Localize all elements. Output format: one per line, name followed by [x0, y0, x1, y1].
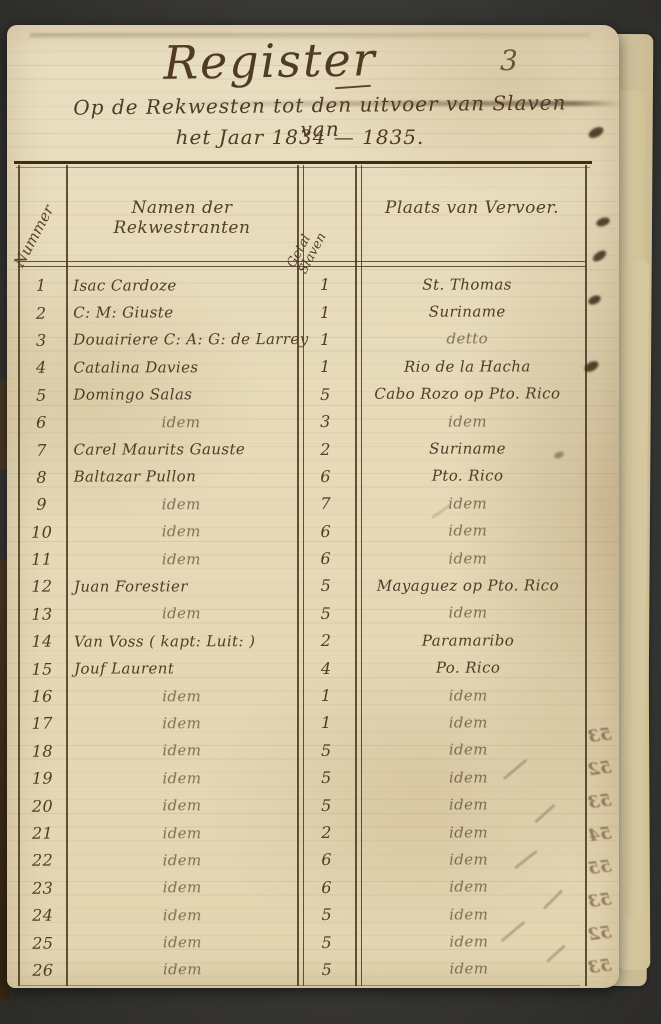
cell-nummer: 24 [19, 906, 67, 925]
table-row: 15Jouf Laurent4Po. Rico [18, 654, 585, 683]
bleedthrough-number: 53 [587, 956, 613, 979]
cell-naam: idem [67, 933, 298, 952]
table-row: 25idem5idem [19, 928, 586, 957]
cell-plaats: idem [356, 850, 582, 869]
table-body: 1Isac Cardoze1St. Thomas2C: M: Giuste1Su… [17, 270, 586, 984]
cell-plaats: Pto. Rico [355, 467, 581, 486]
column-header-plaats: Plaats van Vervoer. [362, 198, 582, 218]
cell-getal: 2 [297, 631, 355, 650]
table-row: 12Juan Forestier5Mayaguez op Pto. Rico [18, 572, 585, 601]
table-row: 7Carel Maurits Gauste2Suriname [17, 435, 584, 464]
cell-plaats: idem [356, 823, 582, 842]
cell-nummer: 12 [18, 577, 66, 596]
cell-nummer: 18 [18, 741, 66, 760]
table-row: 4Catalina Davies1Rio de la Hacha [17, 352, 584, 381]
cell-plaats: idem [356, 932, 582, 951]
cell-naam: Van Voss ( kapt: Luit: ) [66, 632, 297, 651]
cell-getal: 1 [297, 686, 355, 705]
cell-plaats: Po. Rico [355, 658, 581, 677]
page-title: Register [120, 31, 421, 90]
cell-nummer: 15 [18, 659, 66, 678]
cell-plaats: idem [354, 412, 580, 431]
cell-plaats: Paramaribo [355, 631, 581, 650]
cell-getal: 1 [296, 357, 354, 376]
bleedthrough-numbers: 5352535455535253 [588, 726, 612, 977]
cell-plaats: idem [355, 604, 581, 623]
cell-nummer: 13 [18, 604, 66, 623]
cell-naam: idem [66, 769, 297, 788]
cell-naam: Isac Cardoze [65, 276, 296, 295]
cell-naam: Jouf Laurent [66, 659, 297, 678]
cell-nummer: 20 [18, 796, 66, 815]
cell-naam: idem [67, 851, 298, 870]
cell-plaats: detto [354, 330, 580, 349]
cell-getal: 5 [297, 604, 355, 623]
cell-getal: 1 [296, 330, 354, 349]
cell-naam: Douairiere C: A: G: de Larrey [65, 330, 296, 349]
table-row: 18idem5idem [18, 736, 585, 765]
cell-nummer: 25 [19, 933, 67, 952]
cell-naam: idem [66, 796, 297, 815]
table-row: 16idem1idem [18, 681, 585, 710]
table-row: 22idem6idem [19, 845, 586, 874]
cell-plaats: St. Thomas [354, 275, 580, 294]
table-row: 1Isac Cardoze1St. Thomas [17, 270, 584, 299]
table-row: 5Domingo Salas5Cabo Rozo op Pto. Rico [17, 380, 584, 409]
cell-plaats: idem [355, 549, 581, 568]
bleedthrough-number: 52 [587, 758, 613, 781]
table-row: 9idem7idem [18, 489, 585, 518]
cell-plaats: Mayaguez op Pto. Rico [355, 576, 581, 595]
cell-naam: C: M: Giuste [65, 303, 296, 322]
cell-naam: Baltazar Pullon [66, 467, 297, 486]
cell-plaats: idem [355, 521, 581, 540]
cell-getal: 6 [297, 467, 355, 486]
table-row: 21idem2idem [19, 818, 586, 847]
column-header-namen: Namen der Rekwestranten [70, 198, 294, 238]
cell-nummer: 10 [18, 522, 66, 541]
cell-nummer: 23 [19, 878, 67, 897]
table-top-rule [14, 161, 592, 164]
cell-plaats: Rio de la Hacha [354, 357, 580, 376]
cell-getal: 5 [297, 741, 355, 760]
cell-naam: idem [65, 413, 296, 432]
cell-getal: 5 [296, 385, 354, 404]
cell-naam: Catalina Davies [65, 358, 296, 377]
cell-nummer: 4 [17, 358, 65, 377]
cell-naam: idem [66, 522, 297, 541]
cell-getal: 5 [297, 576, 355, 595]
cell-nummer: 8 [18, 468, 66, 487]
cell-plaats: idem [355, 494, 581, 513]
table-row: 14Van Voss ( kapt: Luit: )2Paramaribo [18, 626, 585, 655]
table-row: 11idem6idem [18, 544, 585, 573]
table-row: 24idem5idem [19, 900, 586, 929]
cell-nummer: 26 [19, 961, 67, 980]
table-bottom-rule [20, 985, 580, 986]
cell-getal: 3 [296, 412, 354, 431]
cell-nummer: 7 [18, 440, 66, 459]
page-number: 3 [500, 44, 518, 77]
bleedthrough-number: 53 [587, 725, 613, 748]
table-row: 3Douairiere C: A: G: de Larrey1detto [17, 325, 584, 354]
table-row: 6idem3idem [17, 407, 584, 436]
cell-plaats: idem [356, 960, 582, 979]
cell-naam: Carel Maurits Gauste [66, 440, 297, 459]
table-row: 13idem5idem [18, 599, 585, 628]
cell-nummer: 19 [18, 769, 66, 788]
cell-getal: 1 [296, 302, 354, 321]
cell-naam: idem [66, 741, 297, 760]
table-row: 20idem5idem [18, 791, 585, 820]
scanned-register-page: Register 3 Op de Rekwesten tot den uitvo… [0, 0, 661, 1024]
cell-nummer: 11 [18, 550, 66, 569]
bleedthrough-number: 53 [587, 890, 613, 913]
table-row: 17idem1idem [18, 709, 585, 738]
cell-naam: idem [67, 824, 298, 843]
cell-nummer: 6 [17, 413, 65, 432]
cell-naam: idem [67, 906, 298, 925]
cell-getal: 6 [298, 878, 356, 897]
cell-plaats: idem [355, 741, 581, 760]
cell-naam: Domingo Salas [65, 385, 296, 404]
cell-plaats: Suriname [354, 302, 580, 321]
cell-getal: 5 [298, 932, 356, 951]
table-row: 8Baltazar Pullon6Pto. Rico [18, 462, 585, 491]
bleedthrough-number: 54 [587, 824, 613, 847]
table-row: 10idem6idem [18, 517, 585, 546]
cell-nummer: 14 [18, 632, 66, 651]
cell-getal: 6 [297, 549, 355, 568]
cell-naam: idem [66, 495, 297, 514]
cell-getal: 5 [298, 905, 356, 924]
bleedthrough-number: 52 [587, 923, 613, 946]
cell-plaats: Cabo Rozo op Pto. Rico [354, 385, 580, 404]
cell-getal: 4 [297, 659, 355, 678]
cell-plaats: idem [355, 713, 581, 732]
cell-plaats: Suriname [355, 439, 581, 458]
cell-naam: Juan Forestier [66, 577, 297, 596]
bleedthrough-number: 53 [587, 791, 613, 814]
cell-getal: 1 [297, 713, 355, 732]
cell-getal: 6 [298, 850, 356, 869]
cell-naam: idem [66, 687, 297, 706]
bleedthrough-number: 55 [587, 857, 613, 880]
cell-naam: idem [66, 604, 297, 623]
cell-getal: 1 [296, 275, 354, 294]
cell-naam: idem [66, 714, 297, 733]
cell-plaats: idem [356, 878, 582, 897]
table-row: 19idem5idem [18, 763, 585, 792]
cell-nummer: 16 [18, 687, 66, 706]
cell-plaats: idem [355, 686, 581, 705]
cell-getal: 5 [298, 960, 356, 979]
cell-naam: idem [67, 878, 298, 897]
cell-nummer: 22 [19, 851, 67, 870]
cell-getal: 2 [298, 823, 356, 842]
cell-naam: idem [66, 550, 297, 569]
cell-plaats: idem [355, 768, 581, 787]
cell-naam: idem [67, 960, 298, 979]
cell-plaats: idem [356, 905, 582, 924]
cell-getal: 5 [297, 795, 355, 814]
cell-nummer: 21 [19, 824, 67, 843]
cell-nummer: 5 [17, 385, 65, 404]
cell-nummer: 3 [17, 331, 65, 350]
cell-nummer: 17 [18, 714, 66, 733]
cell-getal: 7 [297, 494, 355, 513]
cell-getal: 2 [297, 439, 355, 458]
table-row: 2C: M: Giuste1Suriname [17, 298, 584, 327]
cell-nummer: 1 [17, 276, 65, 295]
table-row: 26idem5idem [19, 955, 586, 984]
table-row: 23idem6idem [19, 873, 586, 902]
cell-getal: 6 [297, 522, 355, 541]
cell-nummer: 2 [17, 303, 65, 322]
cell-nummer: 9 [18, 495, 66, 514]
cell-getal: 5 [297, 768, 355, 787]
subtitle-line2: het Jaar 1834 — 1835. [150, 125, 450, 149]
